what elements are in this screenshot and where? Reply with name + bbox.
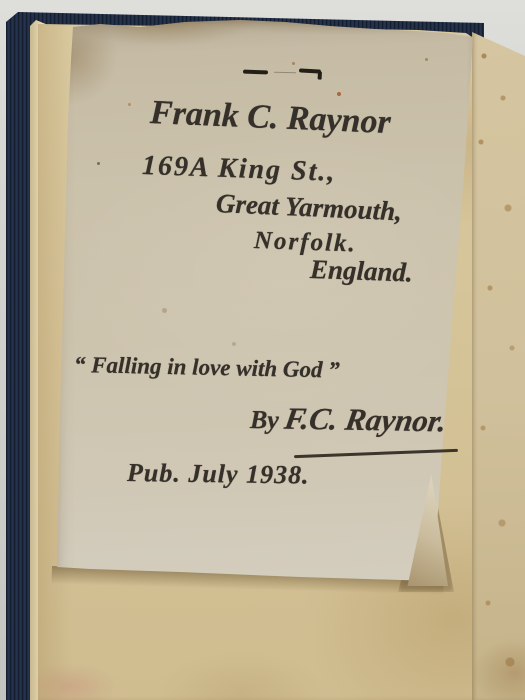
foxing-speck — [97, 162, 100, 165]
staple-left-mark — [243, 70, 268, 75]
inscription-address-line: 169A King St., — [141, 150, 337, 189]
inscription-country-line: England. — [309, 254, 413, 289]
inscription-book-title-quote: “ Falling in love with God ” — [74, 352, 340, 384]
foxing-speck — [232, 342, 236, 346]
foxing-speck — [425, 58, 428, 61]
fore-edge-pages — [472, 26, 525, 700]
byline-by-label: By — [250, 405, 279, 434]
staple-right-mark — [299, 68, 321, 73]
foxing-speck — [128, 103, 131, 106]
foxing-speck — [337, 92, 341, 96]
foxing-speck — [162, 308, 167, 313]
byline-signature: F.C. Raynor. — [282, 401, 449, 440]
inscription-county-line: Norfolk. — [254, 227, 358, 259]
inscription-publication-line: Pub. July 1938. — [127, 458, 310, 491]
foxing-speck — [292, 62, 295, 65]
scratch-mark — [274, 72, 296, 73]
inscription-byline: ByF.C. Raynor. — [250, 400, 447, 439]
book-photograph: Frank C. Raynor 169A King St., Great Yar… — [0, 0, 525, 700]
